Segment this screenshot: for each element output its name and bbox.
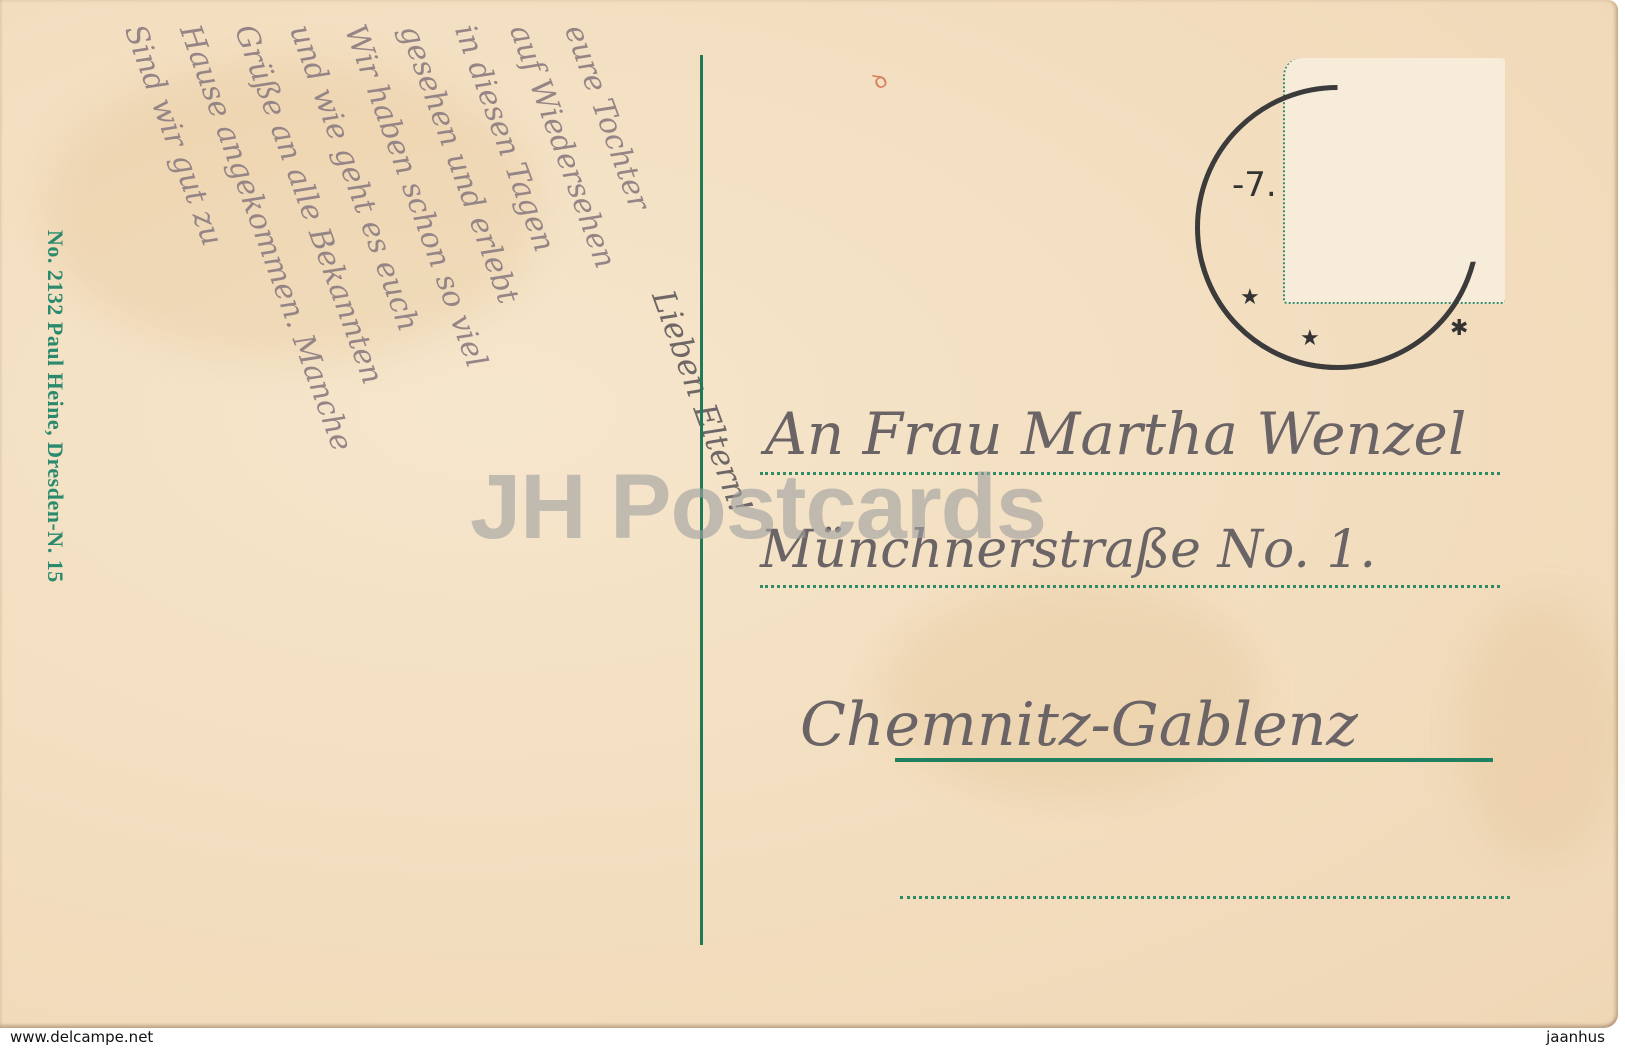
delcampe-watermark: www.delcampe.net <box>10 1028 153 1046</box>
postmark-star-icon: ★ <box>1240 284 1260 310</box>
address-dotted-line-3 <box>900 896 1510 899</box>
paper-stain <box>1460 600 1620 860</box>
postmark-star-icon: ★ <box>1300 325 1320 351</box>
address-line-3: Chemnitz-Gablenz <box>800 690 1358 760</box>
address-underline-solid <box>895 758 1493 762</box>
red-pencil-mark: ꝺ <box>866 64 892 97</box>
jh-postcards-watermark: JH Postcards <box>470 455 1046 560</box>
address-dotted-line-2 <box>760 585 1500 588</box>
postcard-back: No. 2132 Paul Heine, Dresden-N. 15 Sind … <box>0 0 1618 1028</box>
postmark-date-fragment: -7. <box>1232 165 1277 205</box>
jaanhus-watermark: jaanhus <box>1546 1028 1605 1046</box>
publisher-imprint: No. 2132 Paul Heine, Dresden-N. 15 <box>32 230 72 750</box>
postmark-star-icon: ✱ <box>1450 315 1468 341</box>
